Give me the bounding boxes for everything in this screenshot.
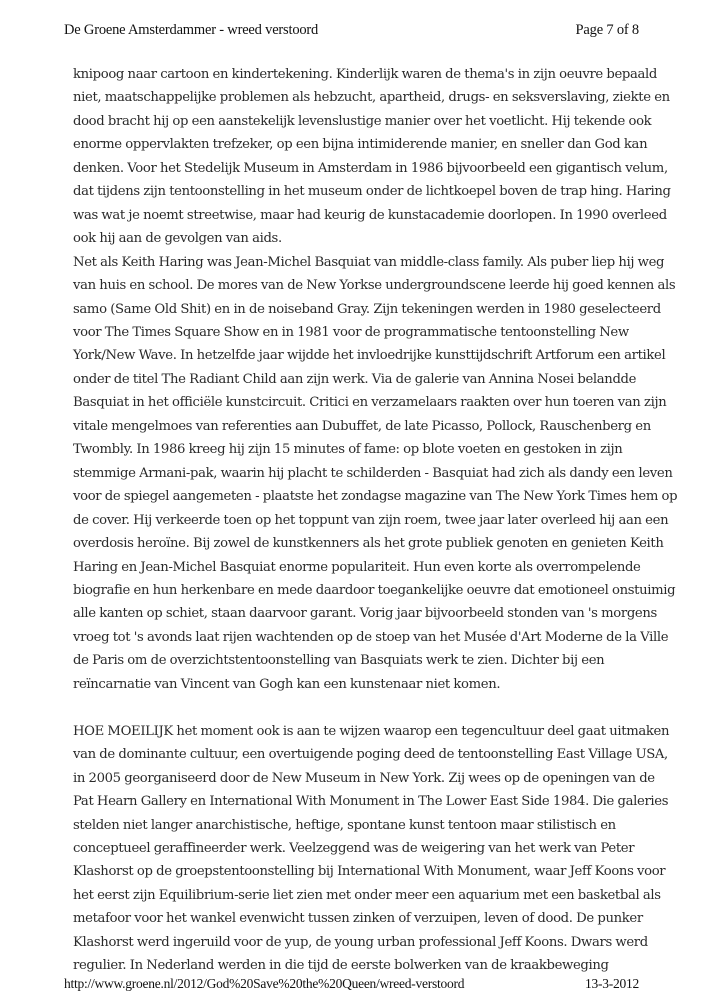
paragraph-2: HOE MOEILIJK het moment ook is aan te wi… (73, 720, 653, 978)
text-line: Klashorst werd ingeruild voor de yup, de… (73, 931, 653, 954)
text-line: Basquiat in het officiële kunstcircuit. … (73, 391, 653, 414)
text-line: voor de spiegel aangemeten - plaatste he… (73, 485, 653, 508)
text-line: ook hij aan de gevolgen van aids. (73, 227, 653, 250)
text-line: metafoor voor het wankel evenwicht tusse… (73, 907, 653, 930)
text-line: vitale mengelmoes van referenties aan Du… (73, 415, 653, 438)
page-indicator: Page 7 of 8 (576, 22, 639, 39)
text-line: de Paris om de overzichtstentoonstelling… (73, 649, 653, 672)
text-line: alle kanten op schiet, staan daarvoor ga… (73, 602, 653, 625)
text-line: van huis en school. De mores van de New … (73, 274, 653, 297)
print-footer: http://www.groene.nl/2012/God%20Save%20t… (64, 975, 639, 993)
text-line: denken. Voor het Stedelijk Museum in Ams… (73, 157, 653, 180)
text-line: het eerst zijn Equilibrium-serie liet zi… (73, 884, 653, 907)
text-line: stelden niet langer anarchistische, heft… (73, 814, 653, 837)
text-line: Twombly. In 1986 kreeg hij zijn 15 minut… (73, 438, 653, 461)
paragraph-1: knipoog naar cartoon en kindertekening. … (73, 63, 653, 696)
print-date: 13-3-2012 (585, 976, 639, 992)
text-line: conceptueel geraffineerder werk. Veelzeg… (73, 837, 653, 860)
document-title: De Groene Amsterdammer - wreed verstoord (64, 22, 318, 39)
text-line: dood bracht hij op een aanstekelijk leve… (73, 110, 653, 133)
text-line: Klashorst op de groepstentoonstelling bi… (73, 860, 653, 883)
text-line: Haring en Jean-Michel Basquiat enorme po… (73, 556, 653, 579)
text-line: knipoog naar cartoon en kindertekening. … (73, 63, 653, 86)
text-line: onder de titel The Radiant Child aan zij… (73, 368, 653, 391)
text-line: Pat Hearn Gallery en International With … (73, 790, 653, 813)
text-line: HOE MOEILIJK het moment ook is aan te wi… (73, 720, 653, 743)
text-line: in 2005 georganiseerd door de New Museum… (73, 767, 653, 790)
text-line: biografie en hun herkenbare en mede daar… (73, 579, 653, 602)
text-line: reïncarnatie van Vincent van Gogh kan ee… (73, 673, 653, 696)
text-line: Net als Keith Haring was Jean-Michel Bas… (73, 251, 653, 274)
text-line: van de dominante cultuur, een overtuigen… (73, 743, 653, 766)
article-body: knipoog naar cartoon en kindertekening. … (73, 63, 653, 978)
text-line: enorme oppervlakten trefzeker, op een bi… (73, 133, 653, 156)
text-line: vroeg tot 's avonds laat rijen wachtende… (73, 626, 653, 649)
text-line: voor The Times Square Show en in 1981 vo… (73, 321, 653, 344)
text-line: was wat je noemt streetwise, maar had ke… (73, 204, 653, 227)
text-line: niet, maatschappelijke problemen als heb… (73, 86, 653, 109)
text-line: dat tijdens zijn tentoonstelling in het … (73, 180, 653, 203)
text-line: stemmige Armani-pak, waarin hij placht t… (73, 462, 653, 485)
paragraph-spacer (73, 696, 653, 720)
text-line: de cover. Hij verkeerde toen op het topp… (73, 509, 653, 532)
text-line: York/New Wave. In hetzelfde jaar wijdde … (73, 344, 653, 367)
source-url: http://www.groene.nl/2012/God%20Save%20t… (64, 976, 464, 992)
print-header: De Groene Amsterdammer - wreed verstoord… (64, 20, 639, 40)
text-line: samo (Same Old Shit) en in de noiseband … (73, 298, 653, 321)
text-line: overdosis heroïne. Bij zowel de kunstken… (73, 532, 653, 555)
